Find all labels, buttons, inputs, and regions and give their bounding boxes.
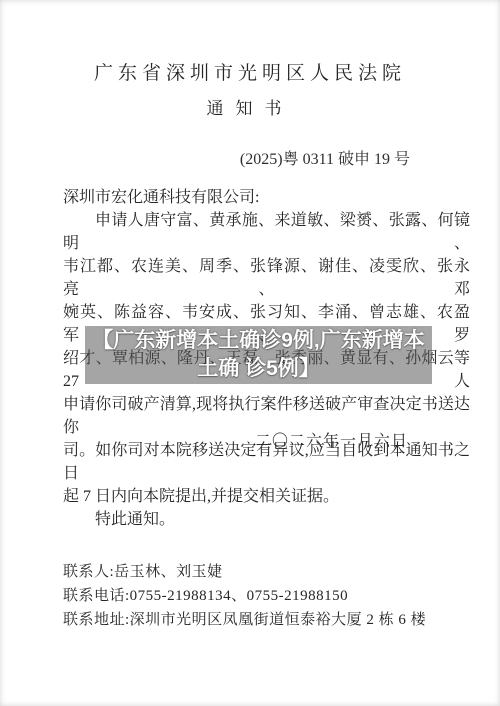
- notice-date: 二〇二六年一月六日: [0, 428, 500, 451]
- scanned-notice-page: { "page": { "background": "#ffffff", "te…: [0, 0, 500, 706]
- body-line: 申请人唐守富、黄承施、来道敏、梁赟、张露、何镜明、: [63, 209, 470, 255]
- contact-info: 联系人:岳玉林、刘玉婕 联系电话:0755-21988134、0755-2198…: [63, 560, 483, 632]
- case-number: (2025)粤 0311 破申 19 号: [0, 146, 500, 169]
- contact-person-line: 联系人:岳玉林、刘玉婕: [63, 560, 483, 584]
- notice-header: 广东省深圳市光明区人民法院 通知书: [0, 60, 500, 121]
- court-name: 广东省深圳市光明区人民法院: [0, 60, 500, 88]
- news-caption-overlay: 【广东新增本土确诊9例,广东新增本土确 诊5例】: [85, 326, 432, 384]
- recipient-line: 深圳市宏化通科技有限公司:: [63, 186, 470, 209]
- closing-line: 特此通知。: [63, 508, 470, 531]
- contact-address-line: 联系地址:深圳市光明区凤凰街道恒泰裕大厦 2 栋 6 楼: [63, 608, 483, 632]
- body-line: 起 7 日内向本院提出,并提交相关证据。: [63, 485, 470, 508]
- document-title: 通知书: [0, 97, 500, 121]
- body-line: 韦江都、农连美、周季、张锋源、谢佳、凌雯欣、张永亮、邓: [63, 255, 470, 301]
- contact-phone-line: 联系电话:0755-21988134、0755-21988150: [63, 584, 483, 608]
